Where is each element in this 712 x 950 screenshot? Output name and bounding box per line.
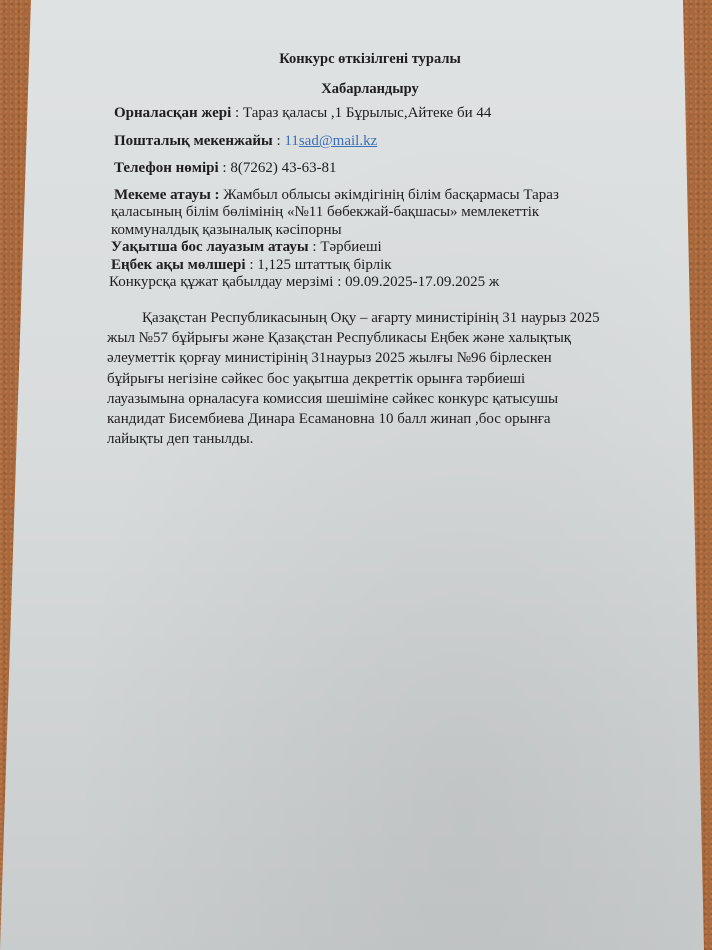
location-value: Тараз қаласы ,1 Бұрылыс,Айтеке би 44 (243, 105, 491, 121)
salary-field: Еңбек ақы мөлшері : 1,125 штаттық бірлік (111, 257, 631, 274)
document-heading: Хабарландыру (0, 81, 712, 98)
position-value: Тәрбиеші (320, 239, 381, 255)
email-field: Пошталық мекенжайы : 11sad@mail.kz (114, 133, 377, 150)
organization-label: Мекеме атауы : (114, 187, 220, 203)
location-label: Орналасқан жері (114, 105, 231, 121)
phone-value: 8(7262) 43-63-81 (230, 160, 336, 176)
salary-value: 1,125 штаттық бірлік (257, 257, 391, 273)
salary-label: Еңбек ақы мөлшері (111, 257, 246, 273)
decision-paragraph: Қазақстан Республикасының Оқу – ағарту м… (107, 308, 627, 449)
position-field: Уақытша бос лауазым атауы : Тәрбиеші (111, 239, 631, 256)
email-link[interactable]: sad@mail.kz (299, 133, 377, 149)
document-title: Конкурс өткізілгені туралы (0, 51, 712, 68)
deadline-field: Конкурсқа құжат қабылдау мерзімі : 09.09… (109, 274, 631, 291)
position-label: Уақытша бос лауазым атауы (111, 239, 309, 255)
organization-block: Мекеме атауы : Жамбыл облысы әкімдігінің… (111, 187, 631, 291)
email-label: Пошталық мекенжайы (114, 133, 273, 149)
phone-field: Телефон нөмірі : 8(7262) 43-63-81 (114, 160, 337, 177)
location-field: Орналасқан жері : Тараз қаласы ,1 Бұрылы… (114, 105, 491, 122)
email-prefix: 11 (284, 133, 298, 149)
phone-label: Телефон нөмірі (114, 160, 219, 176)
